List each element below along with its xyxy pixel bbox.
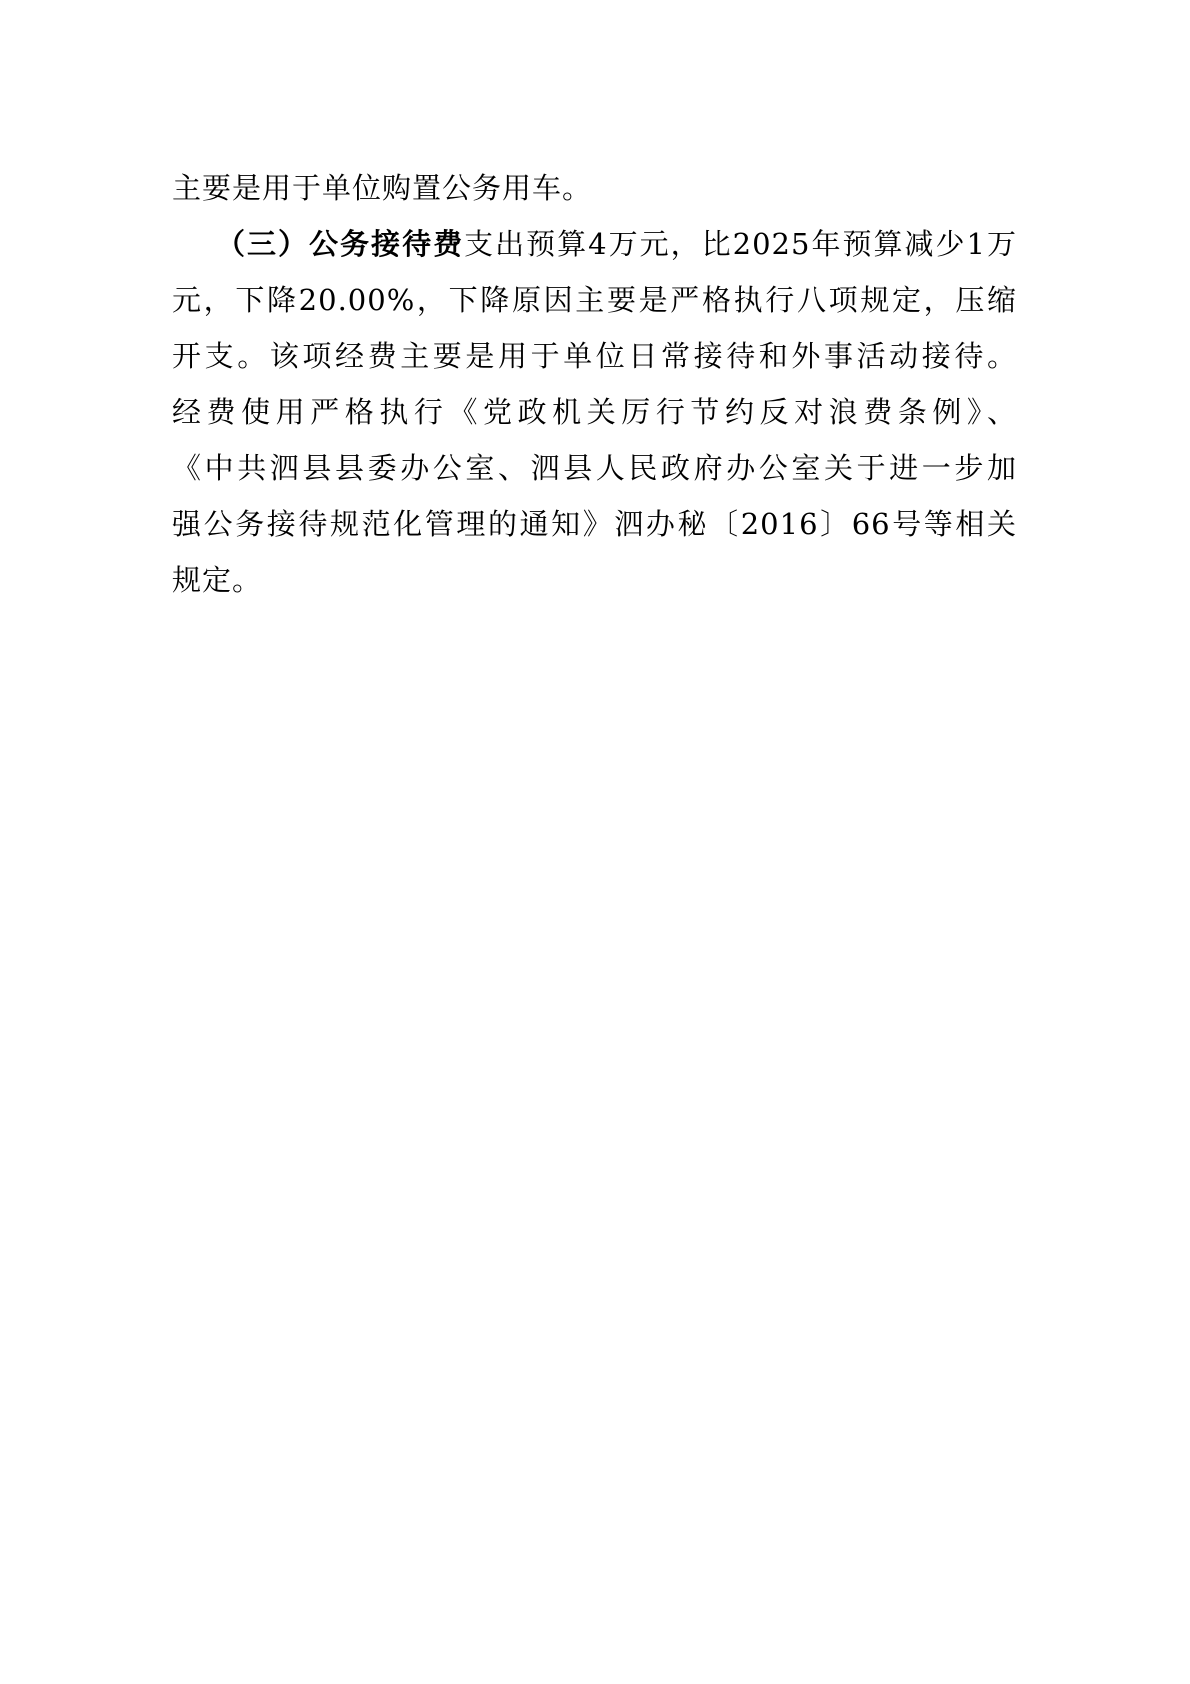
paragraph-2-line-3: 开支。该项经费主要是用于单位日常接待和外事活动接待。 [172,328,1017,384]
document-page: 主要是用于单位购置公务用车。 （三）公务接待费支出预算4万元，比2025年预算减… [0,0,1190,1684]
body-text: 主要是用于单位购置公务用车。 （三）公务接待费支出预算4万元，比2025年预算减… [172,160,1017,608]
paragraph-2-line-2: 元，下降20.00%，下降原因主要是严格执行八项规定，压缩 [172,272,1017,328]
paragraph-2-line-6: 强公务接待规范化管理的通知》泗办秘〔2016〕66号等相关 [172,496,1017,552]
section-heading: （三）公务接待费 [216,227,464,261]
paragraph-2-line-5: 《中共泗县县委办公室、泗县人民政府办公室关于进一步加 [172,440,1017,496]
paragraph-2-line-1-text: 支出预算4万元，比2025年预算减少1万 [464,227,1017,261]
paragraph-1-line-1: 主要是用于单位购置公务用车。 [172,160,1017,216]
paragraph-2-line-7: 规定。 [172,552,1017,608]
paragraph-2-line-1: （三）公务接待费支出预算4万元，比2025年预算减少1万 [172,216,1017,272]
paragraph-2-line-4: 经费使用严格执行《党政机关厉行节约反对浪费条例》、 [172,384,1017,440]
